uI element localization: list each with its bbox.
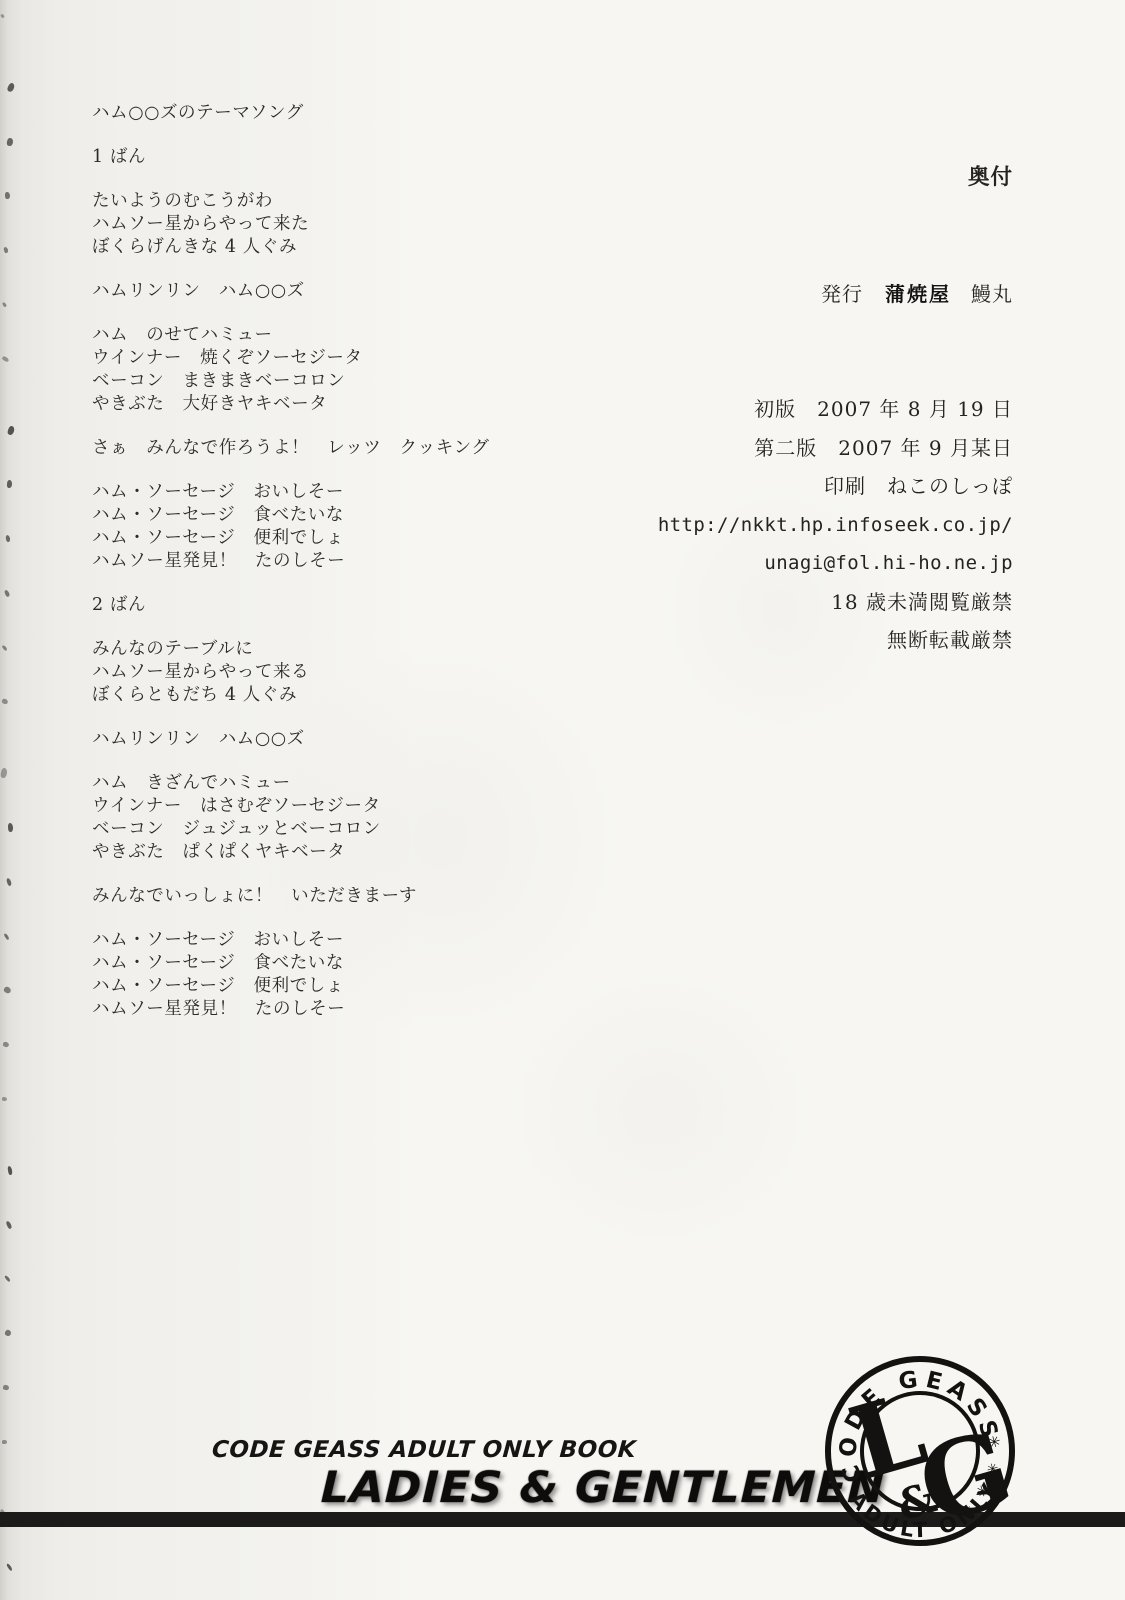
scan-speck	[2, 644, 8, 650]
lyric-line: ベーコン ジュジュッとベーコロン	[92, 818, 612, 841]
scan-speck	[6, 137, 13, 146]
scan-speck	[4, 932, 11, 940]
lyric-block: ハム・ソーセージ おいしそーハム・ソーセージ 食べたいなハム・ソーセージ 便利で…	[92, 929, 612, 1021]
lyric-block: 2 ばん	[92, 594, 612, 617]
author-name: 鰻丸	[971, 282, 1013, 306]
lyric-line: ハム○○ズのテーマソング	[92, 102, 612, 125]
publisher-row: 発行蒲焼屋鰻丸	[658, 275, 1013, 314]
colophon-line: 18 歳未満閲覧厳禁	[658, 583, 1013, 622]
lyric-line: ハム・ソーセージ 食べたいな	[92, 952, 612, 975]
colophon-line: http://nkkt.hp.infoseek.co.jp/	[658, 506, 1013, 545]
scan-speck	[7, 823, 12, 832]
scan-speck	[4, 1329, 12, 1337]
scan-speck	[5, 877, 11, 886]
lyric-line: ハムソー星からやって来る	[92, 661, 612, 684]
lyric-line: ハムソー星からやって来た	[92, 213, 612, 236]
lyric-line: ベーコン まきまきベーコロン	[92, 370, 612, 393]
colophon-column: 奥付 発行蒲焼屋鰻丸 初版 2007 年 8 月 19 日第二版 2007 年 …	[658, 82, 1013, 698]
lyric-line: やきぶた 大好きヤキベータ	[92, 393, 612, 416]
lyric-line: ハム・ソーセージ 便利でしょ	[92, 975, 612, 998]
colophon-line: 初版 2007 年 8 月 19 日	[658, 390, 1013, 429]
lyric-line: ハム のせてハミュー	[92, 324, 612, 347]
scan-speck	[2, 301, 8, 307]
publisher-label: 発行	[821, 282, 863, 306]
title-logo: LADIES & GENTLEMEN	[320, 1463, 886, 1513]
lyric-line: ハムソー星発見！ たのしそー	[92, 998, 612, 1021]
scan-speck	[2, 1041, 9, 1048]
scan-speck	[6, 1220, 13, 1229]
scan-speck	[3, 1384, 9, 1390]
lyric-block: ハム○○ズのテーマソング	[92, 102, 612, 125]
circle-name: 蒲焼屋	[885, 282, 951, 306]
lyric-line: 2 ばん	[92, 594, 612, 617]
scan-speck	[2, 1440, 7, 1445]
scan-speck	[4, 1275, 11, 1282]
lyric-block: たいようのむこうがわハムソー星からやって来たぼくらげんきな 4 人ぐみ	[92, 190, 612, 259]
scan-speck	[1, 1097, 6, 1101]
scan-speck	[1, 355, 9, 362]
lyric-line: ハムソー星発見！ たのしそー	[92, 550, 612, 573]
lyric-line: みんなのテーブルに	[92, 638, 612, 661]
lyrics-column: ハム○○ズのテーマソング1 ばんたいようのむこうがわハムソー星からやって来たぼく…	[92, 102, 612, 1042]
book-type-line: CODE GEASS ADULT ONLY BOOK	[211, 1437, 637, 1463]
lyric-line: ウインナー 焼くぞソーセジータ	[92, 347, 612, 370]
lyric-line: みんなでいっしょに！ いただきまーす	[92, 885, 612, 908]
scan-speck	[3, 589, 9, 596]
scan-speck	[7, 425, 16, 436]
scan-speck	[0, 14, 5, 19]
scan-speck	[6, 1563, 13, 1572]
colophon-line: 第二版 2007 年 9 月某日	[658, 429, 1013, 468]
scan-speck	[0, 768, 7, 779]
lyric-line: ハムリンリン ハム○○ズ	[92, 728, 612, 751]
lyric-block: ハム・ソーセージ おいしそーハム・ソーセージ 食べたいなハム・ソーセージ 便利で…	[92, 481, 612, 573]
lyric-block: ハムリンリン ハム○○ズ	[92, 728, 612, 751]
colophon-title: 奥付	[658, 159, 1013, 198]
lyric-line: ハム・ソーセージ おいしそー	[92, 481, 612, 504]
scan-speck	[7, 480, 13, 489]
colophon-lines: 初版 2007 年 8 月 19 日第二版 2007 年 9 月某日印刷 ねこの…	[658, 390, 1013, 660]
lyric-line: やきぶた ぱくぱくヤキベータ	[92, 841, 612, 864]
scan-speck	[3, 986, 12, 995]
lyric-line: さぁ みんなで作ろうよ！ レッツ クッキング	[92, 437, 612, 460]
colophon-line: unagi@fol.hi-ho.ne.jp	[658, 544, 1013, 583]
lyric-block: ハム きざんでハミューウインナー はさむぞソーセジータベーコン ジュジュッとベー…	[92, 772, 612, 864]
lyric-block: ハムリンリン ハム○○ズ	[92, 280, 612, 303]
lyric-line: 1 ばん	[92, 146, 612, 169]
lyric-block: 1 ばん	[92, 146, 612, 169]
lyric-block: さぁ みんなで作ろうよ！ レッツ クッキング	[92, 437, 612, 460]
lyric-line: ハム・ソーセージ 食べたいな	[92, 504, 612, 527]
lyric-line: ウインナー はさむぞソーセジータ	[92, 795, 612, 818]
scan-speck	[3, 247, 9, 254]
lyric-line: ハム・ソーセージ おいしそー	[92, 929, 612, 952]
scan-speck	[5, 535, 11, 543]
scan-edge	[0, 0, 26, 1600]
scan-speck	[2, 698, 10, 705]
scan-speck	[8, 1165, 14, 1175]
colophon-line: 印刷 ねこのしっぽ	[658, 467, 1013, 506]
lyric-block: みんなでいっしょに！ いただきまーす	[92, 885, 612, 908]
lyric-line: たいようのむこうがわ	[92, 190, 612, 213]
lyric-line: ぼくらげんきな 4 人ぐみ	[92, 236, 612, 259]
lyric-block: みんなのテーブルにハムソー星からやって来るぼくらともだち 4 人ぐみ	[92, 638, 612, 707]
lyric-line: ハムリンリン ハム○○ズ	[92, 280, 612, 303]
colophon-line: 無断転載厳禁	[658, 621, 1013, 660]
scan-speck	[5, 192, 10, 199]
lyric-block: ハム のせてハミューウインナー 焼くぞソーセジータベーコン まきまきベーコロンや…	[92, 324, 612, 416]
lyric-line: ぼくらともだち 4 人ぐみ	[92, 684, 612, 707]
lyric-line: ハム・ソーセージ 便利でしょ	[92, 527, 612, 550]
lyric-line: ハム きざんでハミュー	[92, 772, 612, 795]
scan-speck	[6, 82, 16, 93]
